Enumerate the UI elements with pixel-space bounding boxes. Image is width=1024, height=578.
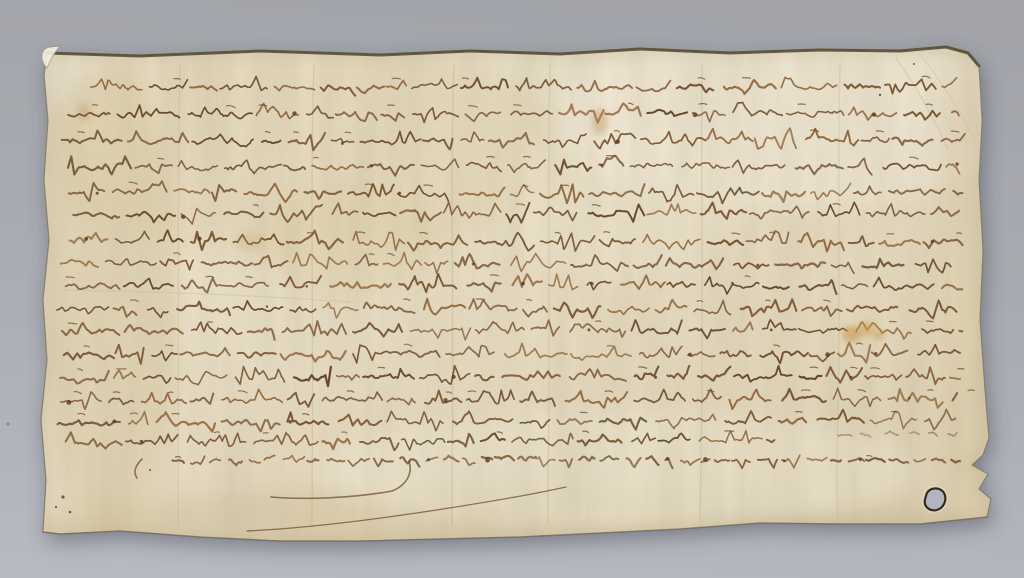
ink-blot (955, 162, 958, 165)
dust-speck (7, 423, 10, 426)
abbreviation-mark (378, 367, 385, 368)
ink-blot (931, 240, 934, 243)
ink-blot (370, 164, 373, 167)
ink-blot (703, 457, 708, 462)
ink-blot (96, 192, 99, 195)
ink-blot (427, 458, 430, 461)
speckle (879, 94, 881, 96)
ink-stain (592, 109, 608, 135)
ink-blot (306, 285, 309, 288)
ink-blot (688, 353, 692, 357)
ink-blot (443, 398, 447, 402)
abbreviation-mark (798, 104, 806, 105)
ink-blot (770, 328, 773, 331)
ink-blot (266, 305, 268, 307)
ink-blot (485, 458, 490, 463)
ink-blot (693, 112, 698, 117)
speckle (913, 63, 915, 65)
ink-blot (341, 142, 344, 145)
speckle (61, 495, 64, 498)
speckle (149, 469, 151, 471)
ink-blot (872, 112, 876, 116)
ink-blot (756, 264, 759, 267)
manuscript-photograph (0, 0, 1024, 578)
speckle (69, 511, 72, 514)
ink-blot (288, 420, 292, 424)
ink-stain (842, 326, 862, 342)
abbreviation-mark (724, 431, 734, 432)
ink-blot (197, 237, 201, 241)
abbreviation-mark (801, 390, 810, 391)
ink-blot (859, 458, 862, 461)
ink-blot (84, 237, 88, 241)
ink-blot (783, 459, 786, 462)
ink-stain (236, 233, 264, 251)
ink-blot (452, 375, 456, 379)
ink-blot (850, 376, 853, 379)
ink-blot (398, 192, 401, 195)
ink-blot (587, 328, 590, 331)
abbreviation-mark (92, 105, 98, 106)
background-dust (7, 423, 10, 426)
ink-blot (67, 400, 72, 405)
abbreviation-mark (387, 105, 395, 106)
ink-blot (112, 420, 116, 424)
ink-blot (521, 282, 525, 286)
ink-blot (140, 440, 144, 444)
manuscript-scene-svg (0, 0, 1024, 578)
hole-opening (925, 488, 946, 510)
ink-stain (873, 330, 885, 340)
ink-blot (292, 111, 296, 115)
ink-blot (615, 139, 620, 144)
ink-blot (908, 397, 911, 400)
ink-blot (654, 376, 657, 379)
ink-stain (77, 103, 91, 121)
ink-blot (472, 263, 475, 266)
speckle (55, 506, 57, 508)
ink-blot (874, 352, 877, 355)
puncture-hole (925, 488, 946, 510)
ink-stain (859, 322, 875, 336)
ink-word (959, 331, 962, 332)
ink-blot (181, 214, 185, 218)
abbreviation-mark (208, 322, 213, 323)
ink-blot (825, 352, 830, 357)
ink-blot (666, 457, 669, 460)
ink-blot (590, 282, 594, 286)
ink-blot (731, 282, 734, 285)
abbreviation-mark (795, 412, 803, 413)
ink-blot (600, 164, 603, 167)
parchment-surface (30, 30, 1024, 563)
